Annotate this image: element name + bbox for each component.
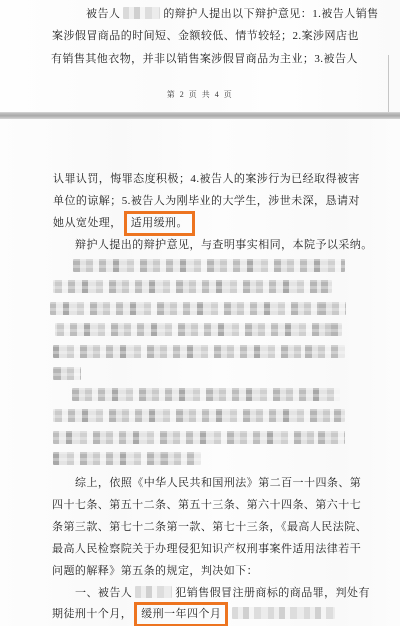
defense-opinion-line-2: 案涉假冒商品的时间短、金额较低、情节较轻；2.案涉网店也	[52, 29, 359, 43]
defendant-label: 被告人	[86, 8, 120, 20]
verdict-line-2: 期徒刑十个月，缓刑一年四个月	[52, 607, 338, 621]
legal-basis-line-3: 条第三款、第七十二条第一款、第七十三条，《最高人民法院、	[52, 520, 367, 534]
redacted-line	[55, 323, 342, 336]
defense-opinion-intro-line: 被告人的辩护人提出以下辩护意见：1.被告人销售	[86, 7, 379, 21]
redacted-text-tail	[232, 607, 335, 619]
redacted-line	[53, 452, 201, 465]
legal-basis-line-1: 综上，依照《中华人民共和国刑法》第二百一十四条、第	[75, 476, 361, 490]
redacted-line	[53, 280, 332, 293]
court-opinion-line: 辩护人提出的辩护意见，与查明事实相同，本院予以采纳。	[75, 238, 373, 252]
page-edge-line	[388, 55, 389, 112]
verdict-line-1: 一、被告人犯销售假冒注册商标的商品罪，判处有	[75, 586, 370, 600]
redacted-line	[73, 259, 345, 272]
defense-opinion-line-6: 她从宽处理，适用缓刑。	[53, 216, 196, 230]
redacted-line	[72, 388, 340, 401]
defense-opinion-line-5: 单位的谅解；5.被告人为刚毕业的大学生，涉世未深，恳请对	[53, 194, 360, 208]
defense-opinion-line-4: 认罪认罚，悔罪态度积极；4.被告人的案涉行为已经取得被害	[53, 172, 360, 186]
verdict-line-1-prefix: 一、被告人	[75, 587, 132, 599]
redacted-line	[53, 409, 345, 422]
legal-basis-line-5: 问题的解释》第五条的规定，判决如下：	[52, 564, 258, 578]
defense-opinion-line-3: 有销售其他衣物，并非以销售案涉假冒商品为主业；3.被告人	[51, 52, 358, 66]
redacted-line	[53, 431, 345, 444]
redacted-name	[135, 586, 172, 598]
defense-opinion-line-6-text: 她从宽处理，	[53, 217, 122, 229]
highlight-box-probation-request: 适用缓刑。	[124, 211, 195, 236]
page-1: 被告人的辩护人提出以下辩护意见：1.被告人销售 案涉假冒商品的时间短、金额较低、…	[0, 0, 400, 112]
verdict-line-2-prefix: 期徒刑十个月，	[52, 608, 132, 620]
highlight-box-probation-term: 缓刑一年四个月	[134, 602, 228, 626]
redacted-line	[53, 367, 81, 380]
redacted-name	[123, 7, 160, 19]
defense-opinion-intro-rest: 的辩护人提出以下辩护意见：1.被告人销售	[163, 8, 378, 20]
page-separator	[0, 112, 400, 119]
page-number-footer: 第 2 页 共 4 页	[0, 89, 400, 100]
verdict-line-1-suffix: 犯销售假冒注册商标的商品罪，判处有	[175, 587, 370, 599]
redacted-line	[53, 345, 345, 358]
document-viewer: 被告人的辩护人提出以下辩护意见：1.被告人销售 案涉假冒商品的时间短、金额较低、…	[0, 0, 400, 626]
redacted-line	[50, 302, 346, 315]
legal-basis-line-2: 四十七条、第五十二条、第五十三条、第六十四条、第六十七	[52, 498, 361, 512]
legal-basis-line-4: 最高人民检察院关于办理侵犯知识产权刑事案件适用法律若干	[52, 542, 361, 556]
